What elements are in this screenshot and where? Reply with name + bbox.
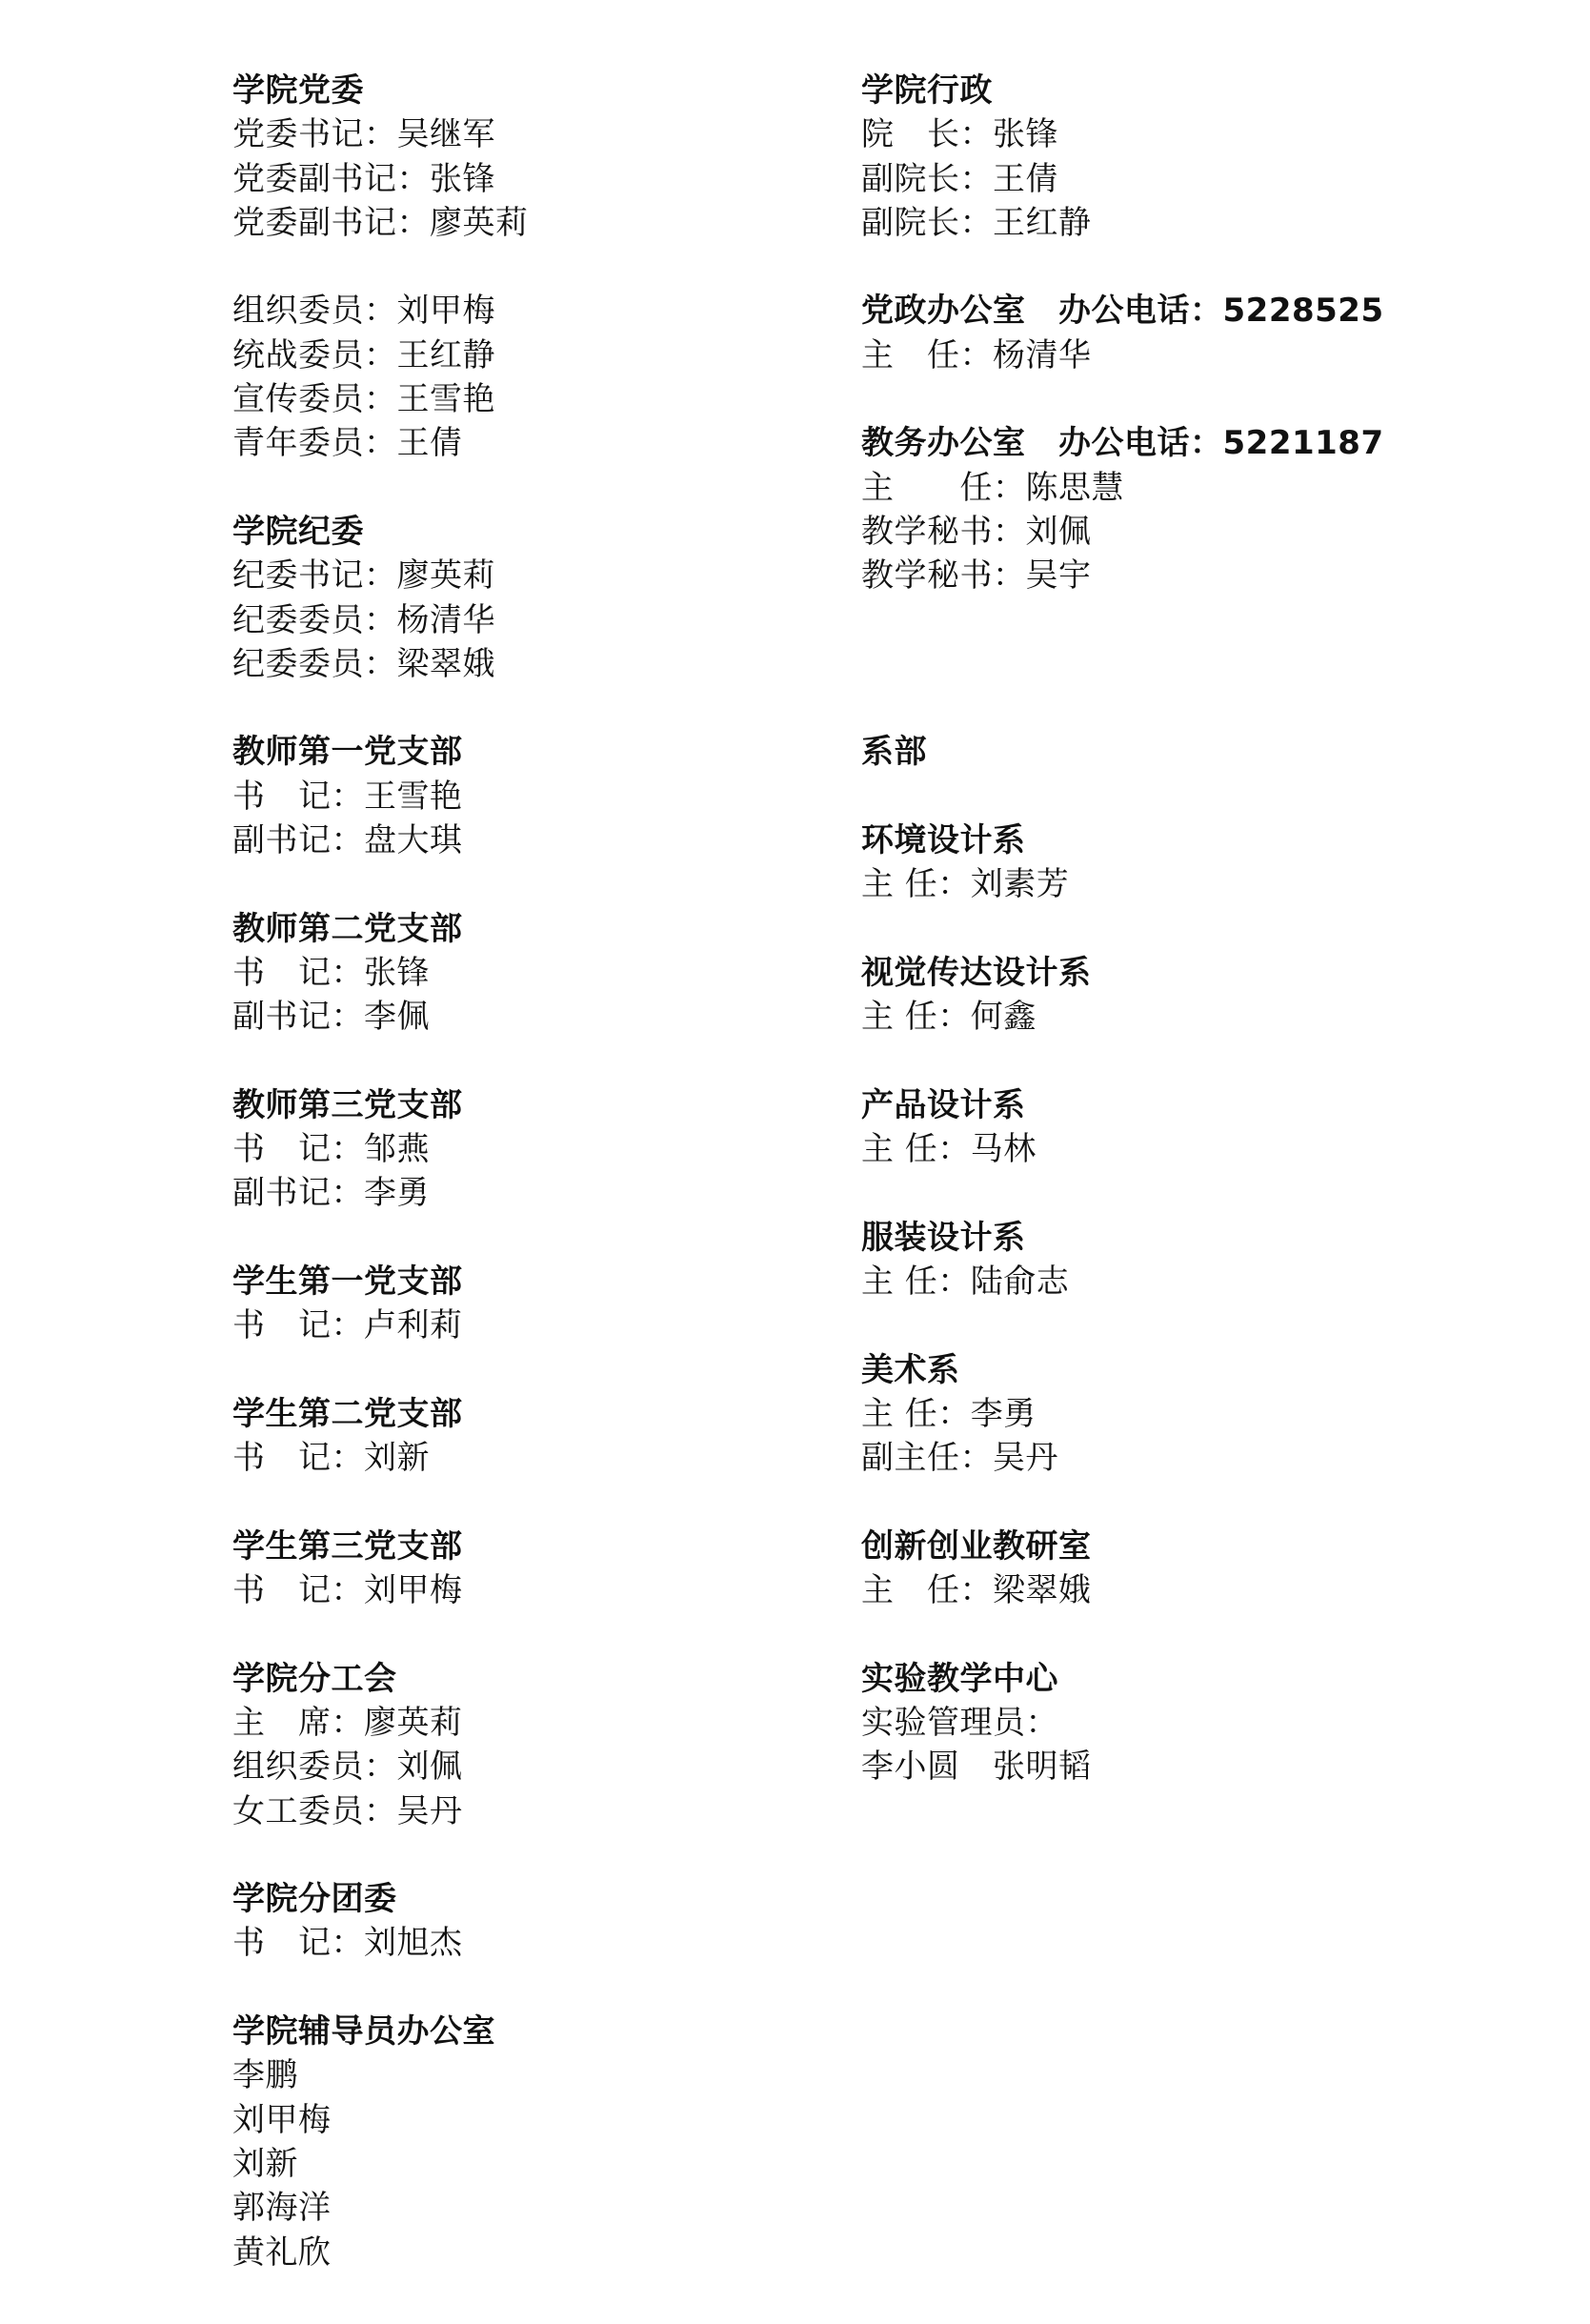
section-teacher-branch-3: 教师第三党支部 书 记：邹燕 副书记：李勇 [232,1083,823,1216]
section-teacher-branch-1: 教师第一党支部 书 记：王雪艳 副书记：盘大琪 [232,730,823,862]
spacer [232,1833,823,1877]
section-heading: 教师第三党支部 [232,1083,823,1127]
right-column: 学院行政 院 长：张锋 副院长：王倩 副院长：王红静 党政办公室 办公电话：52… [861,69,1547,1789]
entry-line: 主 任：马林 [861,1127,1547,1171]
entry-line: 主 任：梁翠娥 [861,1568,1547,1612]
section-heading: 学生第三党支部 [232,1525,823,1568]
entry-line: 黄礼欣 [232,2231,823,2274]
spacer [232,862,823,906]
entry-line: 副书记：盘大琪 [232,818,823,862]
entry-line: 主 任：陈思慧 [861,466,1547,510]
section-student-branch-2: 学生第二党支部 书 记：刘新 [232,1392,823,1481]
spacer [232,245,823,289]
entry-line: 青年委员：王倩 [232,421,823,465]
section-heading: 教务办公室 办公电话：5221187 [861,421,1547,465]
spacer [861,1612,1547,1656]
spacer [861,642,1547,686]
spacer [232,1481,823,1525]
entry-line: 主 任：李勇 [861,1392,1547,1436]
section-heading: 教师第一党支部 [232,730,823,774]
spacer [861,1481,1547,1525]
entry-line: 主 任：刘素芳 [861,862,1547,906]
section-heading: 教师第二党支部 [232,907,823,951]
entry-line: 主 任：陆俞志 [861,1260,1547,1303]
entry-line: 书 记：刘新 [232,1436,823,1480]
section-heading: 学院分工会 [232,1657,823,1701]
section-heading: 学院行政 [861,69,1547,112]
section-student-branch-1: 学生第一党支部 书 记：卢利莉 [232,1260,823,1348]
section-product-design: 产品设计系 主 任：马林 [861,1083,1547,1172]
section-lab-center: 实验教学中心 实验管理员： 李小圆 张明韬 [861,1657,1547,1789]
section-heading: 服装设计系 [861,1216,1547,1260]
entry-line: 女工委员：吴丹 [232,1789,823,1833]
section-committee-members: 组织委员：刘甲梅 统战委员：王红静 宣传委员：王雪艳 青年委员：王倩 [232,289,823,465]
section-fashion-design: 服装设计系 主 任：陆俞志 [861,1216,1547,1304]
entry-line: 教学秘书：吴宇 [861,554,1547,597]
spacer [861,1303,1547,1347]
section-heading: 创新创业教研室 [861,1525,1547,1568]
entry-line: 纪委书记：廖英莉 [232,554,823,597]
section-party-admin-office: 党政办公室 办公电话：5228525 主 任：杨清华 [861,289,1547,377]
spacer [232,466,823,510]
section-heading: 学生第二党支部 [232,1392,823,1436]
entry-line: 教学秘书：刘佩 [861,510,1547,554]
entry-line: 纪委委员：梁翠娥 [232,642,823,686]
entry-line: 书 记：卢利莉 [232,1303,823,1347]
entry-line: 党委副书记：张锋 [232,157,823,201]
entry-line: 副主任：吴丹 [861,1436,1547,1480]
section-environmental-design: 环境设计系 主 任：刘素芳 [861,818,1547,907]
entry-line: 党委副书记：廖英莉 [232,201,823,245]
section-heading: 学院纪委 [232,510,823,554]
section-discipline-committee: 学院纪委 纪委书记：廖英莉 纪委委员：杨清华 纪委委员：梁翠娥 [232,510,823,686]
section-administration: 学院行政 院 长：张锋 副院长：王倩 副院长：王红静 [861,69,1547,245]
entry-line: 实验管理员： [861,1701,1547,1745]
spacer [861,775,1547,818]
entry-line: 主 任：杨清华 [861,333,1547,377]
section-heading: 学院党委 [232,69,823,112]
entry-line: 李小圆 张明韬 [861,1745,1547,1788]
section-heading: 美术系 [861,1348,1547,1392]
spacer [232,686,823,730]
spacer [861,686,1547,730]
entry-line: 书 记：张锋 [232,951,823,995]
section-counselor-office: 学院辅导员办公室 李鹏 刘甲梅 刘新 郭海洋 黄礼欣 [232,2010,823,2274]
section-innovation-office: 创新创业教研室 主 任：梁翠娥 [861,1525,1547,1613]
spacer [232,1612,823,1656]
entry-line: 主 席：廖英莉 [232,1701,823,1745]
entry-line: 书 记：邹燕 [232,1127,823,1171]
entry-line: 书 记：刘旭杰 [232,1921,823,1965]
spacer [861,245,1547,289]
entry-line: 刘甲梅 [232,2098,823,2142]
entry-line: 宣传委员：王雪艳 [232,377,823,421]
section-heading: 党政办公室 办公电话：5228525 [861,289,1547,333]
spacer [232,1966,823,2010]
section-heading: 学院辅导员办公室 [232,2010,823,2053]
spacer [861,377,1547,421]
section-heading: 环境设计系 [861,818,1547,862]
section-labor-union: 学院分工会 主 席：廖英莉 组织委员：刘佩 女工委员：吴丹 [232,1657,823,1833]
entry-line: 副书记：李佩 [232,995,823,1039]
entry-line: 组织委员：刘甲梅 [232,289,823,333]
spacer [232,1040,823,1083]
spacer [861,1171,1547,1215]
section-academic-office: 教务办公室 办公电话：5221187 主 任：陈思慧 教学秘书：刘佩 教学秘书：… [861,421,1547,597]
section-departments-title: 系部 [861,730,1547,774]
spacer [861,1040,1547,1083]
section-heading: 系部 [861,730,1547,774]
section-teacher-branch-2: 教师第二党支部 书 记：张锋 副书记：李佩 [232,907,823,1040]
spacer [232,1216,823,1260]
section-heading: 学院分团委 [232,1877,823,1921]
section-student-branch-3: 学生第三党支部 书 记：刘甲梅 [232,1525,823,1613]
entry-line: 副书记：李勇 [232,1171,823,1215]
section-youth-league: 学院分团委 书 记：刘旭杰 [232,1877,823,1966]
entry-line: 院 长：张锋 [861,112,1547,156]
entry-line: 主 任：何鑫 [861,995,1547,1039]
entry-line: 李鹏 [232,2053,823,2097]
entry-line: 书 记：刘甲梅 [232,1568,823,1612]
entry-line: 纪委委员：杨清华 [232,598,823,642]
entry-line: 刘新 [232,2142,823,2186]
spacer [861,598,1547,642]
section-heading: 产品设计系 [861,1083,1547,1127]
spacer [232,1348,823,1392]
entry-line: 书 记：王雪艳 [232,775,823,818]
section-fine-arts: 美术系 主 任：李勇 副主任：吴丹 [861,1348,1547,1481]
entry-line: 副院长：王倩 [861,157,1547,201]
entry-line: 副院长：王红静 [861,201,1547,245]
spacer [861,907,1547,951]
section-party-committee: 学院党委 党委书记：吴继军 党委副书记：张锋 党委副书记：廖英莉 [232,69,823,245]
left-column: 学院党委 党委书记：吴继军 党委副书记：张锋 党委副书记：廖英莉 组织委员：刘甲… [232,69,823,2274]
entry-line: 组织委员：刘佩 [232,1745,823,1788]
section-heading: 实验教学中心 [861,1657,1547,1701]
entry-line: 党委书记：吴继军 [232,112,823,156]
entry-line: 郭海洋 [232,2186,823,2230]
section-visual-communication: 视觉传达设计系 主 任：何鑫 [861,951,1547,1040]
section-heading: 学生第一党支部 [232,1260,823,1303]
section-heading: 视觉传达设计系 [861,951,1547,995]
entry-line: 统战委员：王红静 [232,333,823,377]
